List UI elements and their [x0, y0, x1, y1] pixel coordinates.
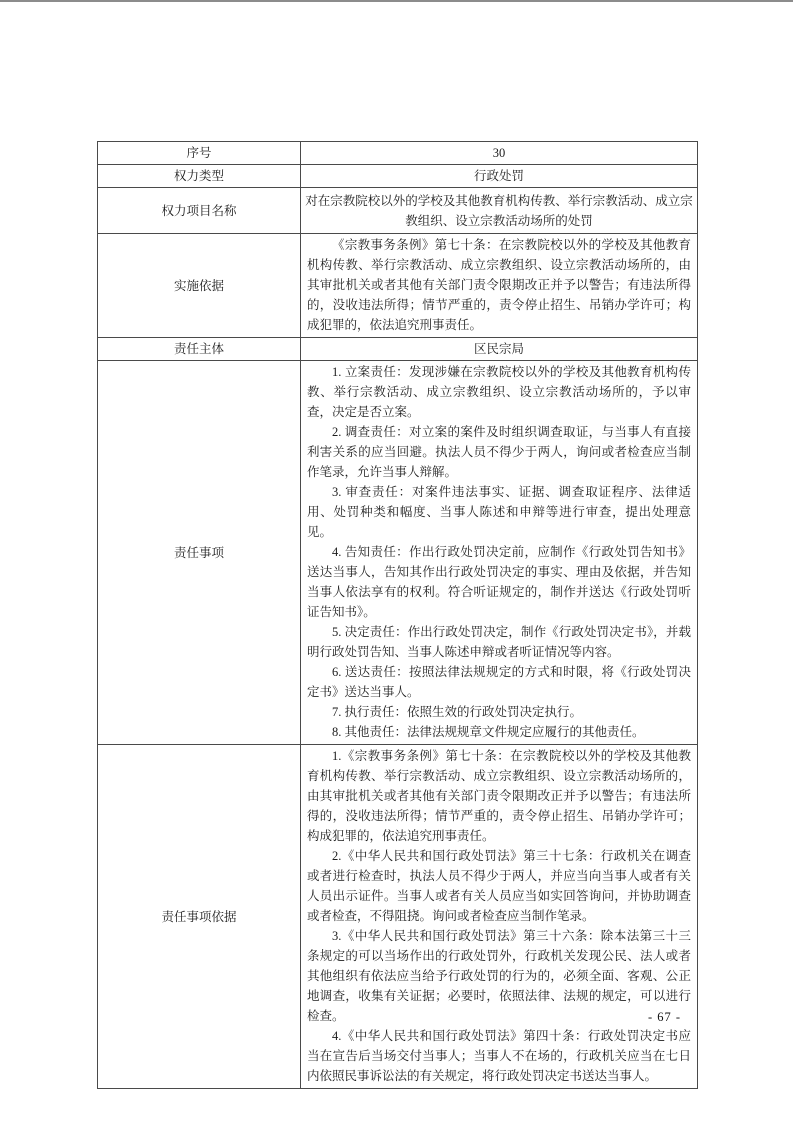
row-label-responsible-entity: 责任主体	[98, 338, 301, 361]
row-label-implementation-basis: 实施依据	[98, 234, 301, 338]
table-row-serial-number: 序号 30	[98, 142, 698, 165]
row-value-implementation-basis: 《宗教事务条例》第七十条：在宗教院校以外的学校及其他教育机构传教、举行宗教活动、…	[301, 234, 698, 338]
responsibility-item-7: 7. 执行责任：依照生效的行政处罚决定执行。	[307, 702, 691, 722]
responsibility-basis-3: 3.《中华人民共和国行政处罚法》第三十六条：除本法第三十三条规定的可以当场作出的…	[307, 926, 691, 1026]
page-number: - 67 -	[648, 1010, 681, 1025]
row-value-power-item-name: 对在宗教院校以外的学校及其他教育机构传教、举行宗教活动、成立宗教组织、设立宗教活…	[301, 188, 698, 234]
table-row-responsibility-items-basis: 责任事项依据 1.《宗教事务条例》第七十条：在宗教院校以外的学校及其他教育机构传…	[98, 745, 698, 1089]
responsibility-basis-2: 2.《中华人民共和国行政处罚法》第三十七条：行政机关在调查或者进行检查时，执法人…	[307, 846, 691, 926]
power-item-table: 序号 30 权力类型 行政处罚 权力项目名称 对在宗教院校以外的学校及其他教育机…	[97, 141, 698, 1089]
responsibility-item-4: 4. 告知责任：作出行政处罚决定前，应制作《行政处罚告知书》送达当事人，告知其作…	[307, 542, 691, 622]
responsibility-item-8: 8. 其他责任：法律法规规章文件规定应履行的其他责任。	[307, 722, 691, 742]
row-value-serial-number: 30	[301, 142, 698, 165]
table-row-power-item-name: 权力项目名称 对在宗教院校以外的学校及其他教育机构传教、举行宗教活动、成立宗教组…	[98, 188, 698, 234]
responsibility-item-5: 5. 决定责任：作出行政处罚决定，制作《行政处罚决定书》，并载明行政处罚告知、当…	[307, 622, 691, 662]
table-row-implementation-basis: 实施依据 《宗教事务条例》第七十条：在宗教院校以外的学校及其他教育机构传教、举行…	[98, 234, 698, 338]
responsibility-item-1: 1. 立案责任：发现涉嫌在宗教院校以外的学校及其他教育机构传教、举行宗教活动、成…	[307, 362, 691, 422]
table-row-responsibility-items: 责任事项 1. 立案责任：发现涉嫌在宗教院校以外的学校及其他教育机构传教、举行宗…	[98, 361, 698, 745]
row-label-responsibility-items: 责任事项	[98, 361, 301, 745]
table-row-responsible-entity: 责任主体 区民宗局	[98, 338, 698, 361]
row-value-responsibility-items-basis: 1.《宗教事务条例》第七十条：在宗教院校以外的学校及其他教育机构传教、举行宗教活…	[301, 745, 698, 1089]
row-label-serial-number: 序号	[98, 142, 301, 165]
page-top-edge-line	[0, 0, 793, 2]
responsibility-item-2: 2. 调查责任：对立案的案件及时组织调查取证，与当事人有直接利害关系的应当回避。…	[307, 422, 691, 482]
row-label-power-item-name: 权力项目名称	[98, 188, 301, 234]
row-value-responsible-entity: 区民宗局	[301, 338, 698, 361]
responsibility-basis-4: 4.《中华人民共和国行政处罚法》第四十条：行政处罚决定书应当在宣告后当场交付当事…	[307, 1026, 691, 1086]
row-label-power-type: 权力类型	[98, 165, 301, 188]
row-value-power-type: 行政处罚	[301, 165, 698, 188]
row-label-responsibility-items-basis: 责任事项依据	[98, 745, 301, 1089]
row-value-responsibility-items: 1. 立案责任：发现涉嫌在宗教院校以外的学校及其他教育机构传教、举行宗教活动、成…	[301, 361, 698, 745]
document-page: 序号 30 权力类型 行政处罚 权力项目名称 对在宗教院校以外的学校及其他教育机…	[0, 0, 793, 1122]
implementation-basis-paragraph: 《宗教事务条例》第七十条：在宗教院校以外的学校及其他教育机构传教、举行宗教活动、…	[307, 235, 691, 335]
responsibility-basis-1: 1.《宗教事务条例》第七十条：在宗教院校以外的学校及其他教育机构传教、举行宗教活…	[307, 746, 691, 846]
responsibility-item-6: 6. 送达责任：按照法律法规规定的方式和时限，将《行政处罚决定书》送达当事人。	[307, 662, 691, 702]
table-row-power-type: 权力类型 行政处罚	[98, 165, 698, 188]
responsibility-item-3: 3. 审查责任：对案件违法事实、证据、调查取证程序、法律适用、处罚种类和幅度、当…	[307, 482, 691, 542]
